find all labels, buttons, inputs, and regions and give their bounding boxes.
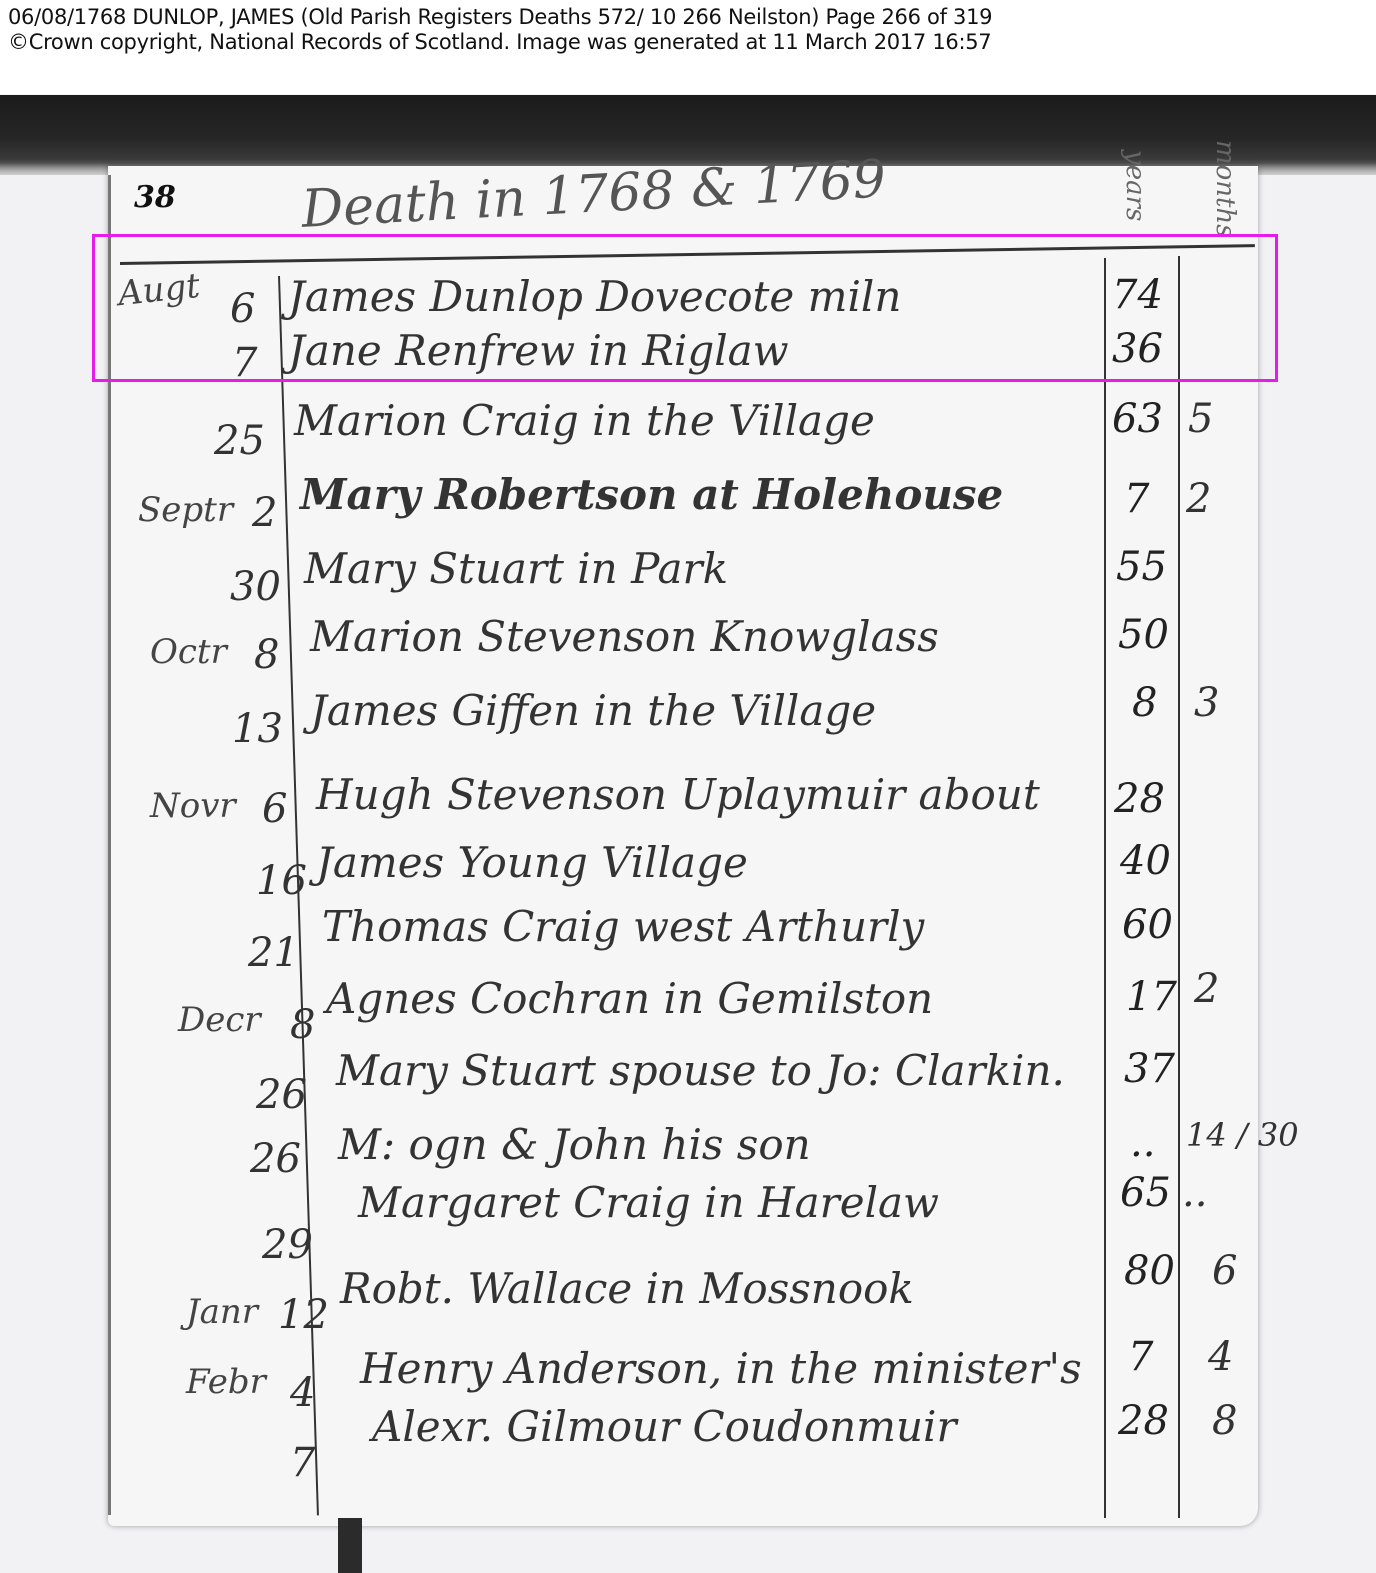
entry-row: Novr 6 Hugh Stevenson Uplaymuir about 28: [0, 770, 1376, 834]
entry-years: 37: [1124, 1046, 1175, 1092]
entry-row: 30 Mary Stuart in Park 55: [0, 544, 1376, 608]
entry-name: Mary Stuart in Park: [304, 544, 728, 593]
entry-day: 26: [256, 1072, 307, 1118]
highlighted-entry-box: [92, 234, 1278, 382]
column-heading-months: months: [1210, 140, 1240, 238]
entry-month: Octr: [150, 632, 227, 672]
entry-day: 13: [232, 706, 283, 752]
entry-name: Mary Robertson at Holehouse: [300, 470, 1003, 519]
entry-name: Agnes Cochran in Gemilston: [326, 974, 933, 1023]
entry-name: Marion Craig in the Village: [294, 396, 875, 445]
entry-row: 25 Marion Craig in the Village 63 5: [0, 396, 1376, 460]
page-number: 38: [134, 180, 176, 215]
column-heading-years: years: [1120, 150, 1150, 221]
entry-years: 28: [1114, 776, 1165, 822]
entry-years: 40: [1120, 838, 1171, 884]
entry-month: Decr: [178, 1000, 261, 1040]
record-title-line: 06/08/1768 DUNLOP, JAMES (Old Parish Reg…: [8, 5, 992, 29]
entry-month: Janr: [186, 1292, 258, 1332]
entry-months: 6: [1212, 1248, 1237, 1294]
entry-years: 63: [1112, 396, 1163, 442]
entry-day: 6: [262, 786, 287, 832]
entry-years: 7: [1128, 1334, 1153, 1380]
entry-row: Febr 4 Henry Anderson, in the minister's…: [0, 1334, 1376, 1398]
entry-name: Robt. Wallace in Mossnook: [340, 1264, 914, 1313]
entry-row: 21 Thomas Craig west Arthurly 60: [0, 902, 1376, 966]
entry-day: 21: [248, 930, 299, 976]
binding-stub: [338, 1518, 362, 1573]
entry-name: Alexr. Gilmour Coudonmuir: [372, 1402, 957, 1451]
entry-months: ..: [1182, 1170, 1207, 1216]
entry-years: ..: [1130, 1120, 1155, 1166]
entry-name: James Giffen in the Village: [310, 686, 876, 735]
entry-day: 30: [230, 564, 281, 610]
record-header: 06/08/1768 DUNLOP, JAMES (Old Parish Reg…: [0, 0, 1376, 94]
entry-name: James Young Village: [316, 838, 748, 887]
entry-years: 17: [1126, 974, 1177, 1020]
entry-months: 3: [1194, 680, 1219, 726]
entry-row: 16 James Young Village 40: [0, 838, 1376, 902]
entry-name: Margaret Craig in Harelaw: [358, 1178, 939, 1227]
entry-months: 5: [1188, 396, 1213, 442]
entry-day: 8: [254, 632, 279, 678]
entry-row: 26 Mary Stuart spouse to Jo: Clarkin. 37: [0, 1046, 1376, 1110]
entry-months: 14 / 30: [1186, 1116, 1299, 1154]
entry-years: 8: [1132, 680, 1157, 726]
entry-name: M: ogn & John his son: [338, 1120, 811, 1169]
entry-row: 13 James Giffen in the Village 8 3: [0, 686, 1376, 750]
entry-years: 50: [1118, 612, 1169, 658]
entry-day: 7: [290, 1440, 315, 1486]
entry-row: 7 Alexr. Gilmour Coudonmuir 28 8: [0, 1396, 1376, 1460]
entry-name: Henry Anderson, in the minister's: [360, 1344, 1082, 1393]
entry-name: Marion Stevenson Knowglass: [310, 612, 939, 661]
entry-months: 2: [1186, 476, 1211, 522]
entry-years: 55: [1116, 544, 1167, 590]
entry-name: Hugh Stevenson Uplaymuir about: [316, 770, 1040, 819]
entry-years: 80: [1124, 1248, 1175, 1294]
entry-month: Septr: [138, 490, 233, 530]
entry-row: Octr 8 Marion Stevenson Knowglass 50: [0, 612, 1376, 676]
entry-day: 25: [214, 418, 265, 464]
entry-months: 8: [1212, 1398, 1237, 1444]
entry-day: 2: [252, 490, 277, 536]
entry-years: 60: [1122, 902, 1173, 948]
entry-day: 12: [278, 1292, 329, 1338]
entry-name: Mary Stuart spouse to Jo: Clarkin.: [336, 1046, 1065, 1095]
entry-months: 2: [1194, 966, 1219, 1012]
entry-row: Janr 12 Robt. Wallace in Mossnook 80 6: [0, 1248, 1376, 1312]
entry-row: Decr 8 Agnes Cochran in Gemilston 17 2: [0, 974, 1376, 1038]
entry-name: Thomas Craig west Arthurly: [322, 902, 924, 951]
entry-years: 65: [1120, 1170, 1171, 1216]
entry-day: 8: [290, 1002, 315, 1048]
entry-years: 7: [1124, 476, 1149, 522]
copyright-line: ©Crown copyright, National Records of Sc…: [8, 30, 991, 54]
entry-months: 4: [1208, 1334, 1233, 1380]
entry-years: 28: [1118, 1398, 1169, 1444]
entry-row: Septr 2 Mary Robertson at Holehouse 7 2: [0, 470, 1376, 534]
entry-day: 16: [256, 858, 307, 904]
entry-month: Novr: [150, 786, 236, 826]
